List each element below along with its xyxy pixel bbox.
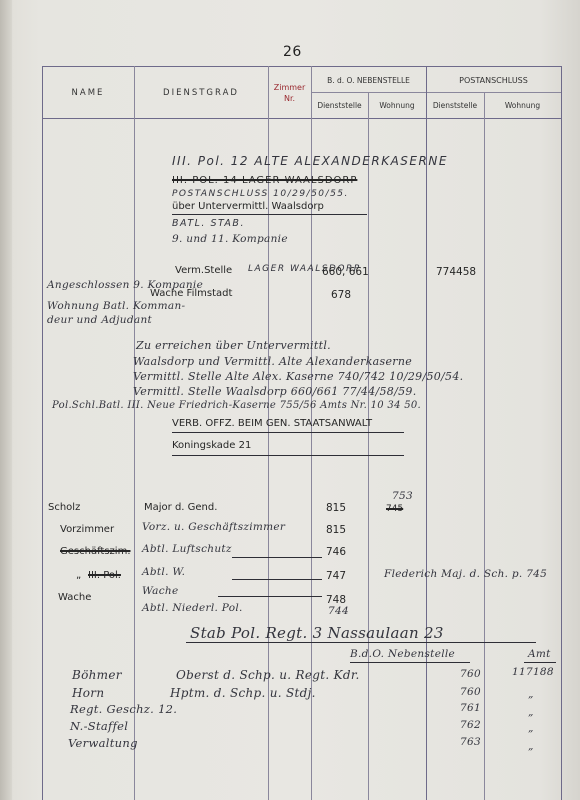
- row-pol-name: III. Pol.: [88, 570, 121, 581]
- stab-row-2-amt: „: [528, 688, 534, 700]
- stab-row-4-bdo: 762: [460, 719, 481, 731]
- handwritten-title: III. Pol. 12 ALTE ALEXANDERKASERNE: [172, 154, 448, 168]
- row-scholz-bdo-struck: 745: [386, 504, 403, 514]
- row-vorzimmer-dienstgrad: Vorz. u. Geschäftszimmer: [142, 521, 285, 533]
- row-geschaeftszim-name: Geschäftszim.: [60, 546, 131, 557]
- stab-row-1-amt: 117188: [512, 666, 554, 678]
- stab-row-4-name: N.-Staffel: [70, 719, 128, 733]
- row-wache-dienstgrad: Wache: [142, 585, 179, 597]
- verm-stelle-label: Verm.Stelle: [175, 265, 232, 276]
- stab-bdo-header: B.d.O. Nebenstelle: [350, 648, 455, 660]
- header-zimmer-line1: Zimmer: [274, 83, 306, 92]
- header-dienstgrad: DIENSTGRAD: [134, 88, 268, 98]
- row-scholz-bdo: 753: [392, 490, 413, 502]
- row-wache-name: Wache: [58, 592, 91, 603]
- verm-stelle-post: 774458: [436, 266, 476, 278]
- header-zimmer-line2: Nr.: [284, 94, 295, 103]
- page-number: 26: [283, 44, 302, 60]
- stab-amt-header: Amt: [528, 648, 551, 660]
- wache-label: Wache Filmstadt: [150, 288, 232, 299]
- note-line-1: Zu erreichen über Untervermittl.: [136, 339, 331, 352]
- stab-row-1-name: Böhmer: [72, 668, 122, 682]
- row-pol-prefix: „: [76, 570, 81, 581]
- stab-row-3-amt: „: [528, 706, 534, 718]
- header-bdo-wohnung: Wohnung: [368, 101, 426, 110]
- wohnung-note-2: deur und Adjudant: [47, 314, 152, 326]
- stab-row-2-bdo: 760: [460, 686, 481, 698]
- stab-row-5-name: Verwaltung: [68, 736, 138, 750]
- note-line-3: Vermittl. Stelle Alte Alex. Kaserne 740/…: [133, 370, 463, 383]
- batl-stab: BATL. STAB.: [172, 218, 245, 229]
- header-post-group: POSTANSCHLUSS: [426, 76, 561, 85]
- header-zimmer: Zimmer Nr.: [268, 82, 311, 104]
- row-vorzimmer-zimmer: 815: [326, 524, 346, 536]
- stab-row-2-dienstgrad: Hptm. d. Schp. u. Stdj.: [170, 686, 316, 700]
- row-pol-zimmer: 747: [326, 570, 346, 582]
- row-geschaeftszim-zimmer: 746: [326, 546, 346, 558]
- header-name: NAME: [42, 88, 134, 98]
- row-niederl-dienstgrad: Abtl. Niederl. Pol.: [142, 602, 243, 614]
- stab-row-5-amt: „: [528, 740, 534, 752]
- stab-row-1-dienstgrad: Oberst d. Schp. u. Regt. Kdr.: [176, 668, 360, 682]
- header-post-wohnung: Wohnung: [484, 101, 561, 110]
- kompanie-note: 9. und 11. Kompanie: [172, 233, 288, 245]
- row-geschaeftszim-dienstgrad: Abtl. Luftschutz: [142, 543, 232, 555]
- row-pol-bdo: Flederich Maj. d. Sch. p. 745: [384, 568, 547, 580]
- postanschluss-note: POSTANSCHLUSS 10/29/50/55.: [172, 189, 349, 199]
- row-pol-dienstgrad: Abtl. W.: [142, 566, 185, 578]
- staatsanwalt-address: Koningskade 21: [172, 440, 251, 451]
- note-line-2: Waalsdorp und Vermittl. Alte Alexanderka…: [133, 355, 412, 368]
- row-niederl-zimmer: 744: [328, 605, 349, 617]
- row-scholz-name: Scholz: [48, 502, 80, 513]
- wache-bdo: 678: [331, 289, 351, 301]
- staatsanwalt-title: VERB. OFFZ. BEIM GEN. STAATSANWALT: [172, 418, 372, 429]
- stab-row-4-amt: „: [528, 722, 534, 734]
- header-post-dienststelle: Dienststelle: [426, 101, 484, 110]
- page-edge: [0, 0, 12, 800]
- note-line-4: Vermittl. Stelle Waalsdorp 660/661 77/44…: [133, 385, 417, 398]
- row-scholz-zimmer: 815: [326, 502, 346, 514]
- ueber-line: über Untervermittl. Waalsdorp: [172, 201, 324, 212]
- row-scholz-dienstgrad: Major d. Gend.: [144, 502, 217, 513]
- verm-stelle-bdo: 660, 661: [322, 266, 369, 278]
- stab-row-3-name: Regt. Geschz. 12.: [70, 702, 177, 716]
- header-bdo-dienststelle: Dienststelle: [311, 101, 368, 110]
- struck-title: III. POL. 14 LAGER WAALSDORP: [172, 175, 357, 186]
- stab-row-2-name: Horn: [72, 686, 104, 700]
- stab-row-1-bdo: 760: [460, 668, 481, 680]
- row-vorzimmer-name: Vorzimmer: [60, 524, 114, 535]
- wohnung-note-1: Wohnung Batl. Komman-: [47, 300, 185, 312]
- stab-row-5-bdo: 763: [460, 736, 481, 748]
- stab-title: Stab Pol. Regt. 3 Nassaulaan 23: [190, 624, 444, 642]
- pol-schl-note: Pol.Schl.Batl. III. Neue Friedrich-Kaser…: [52, 400, 421, 411]
- stab-row-3-bdo: 761: [460, 702, 481, 714]
- header-bdo-group: B. d. O. NEBENSTELLE: [311, 76, 426, 85]
